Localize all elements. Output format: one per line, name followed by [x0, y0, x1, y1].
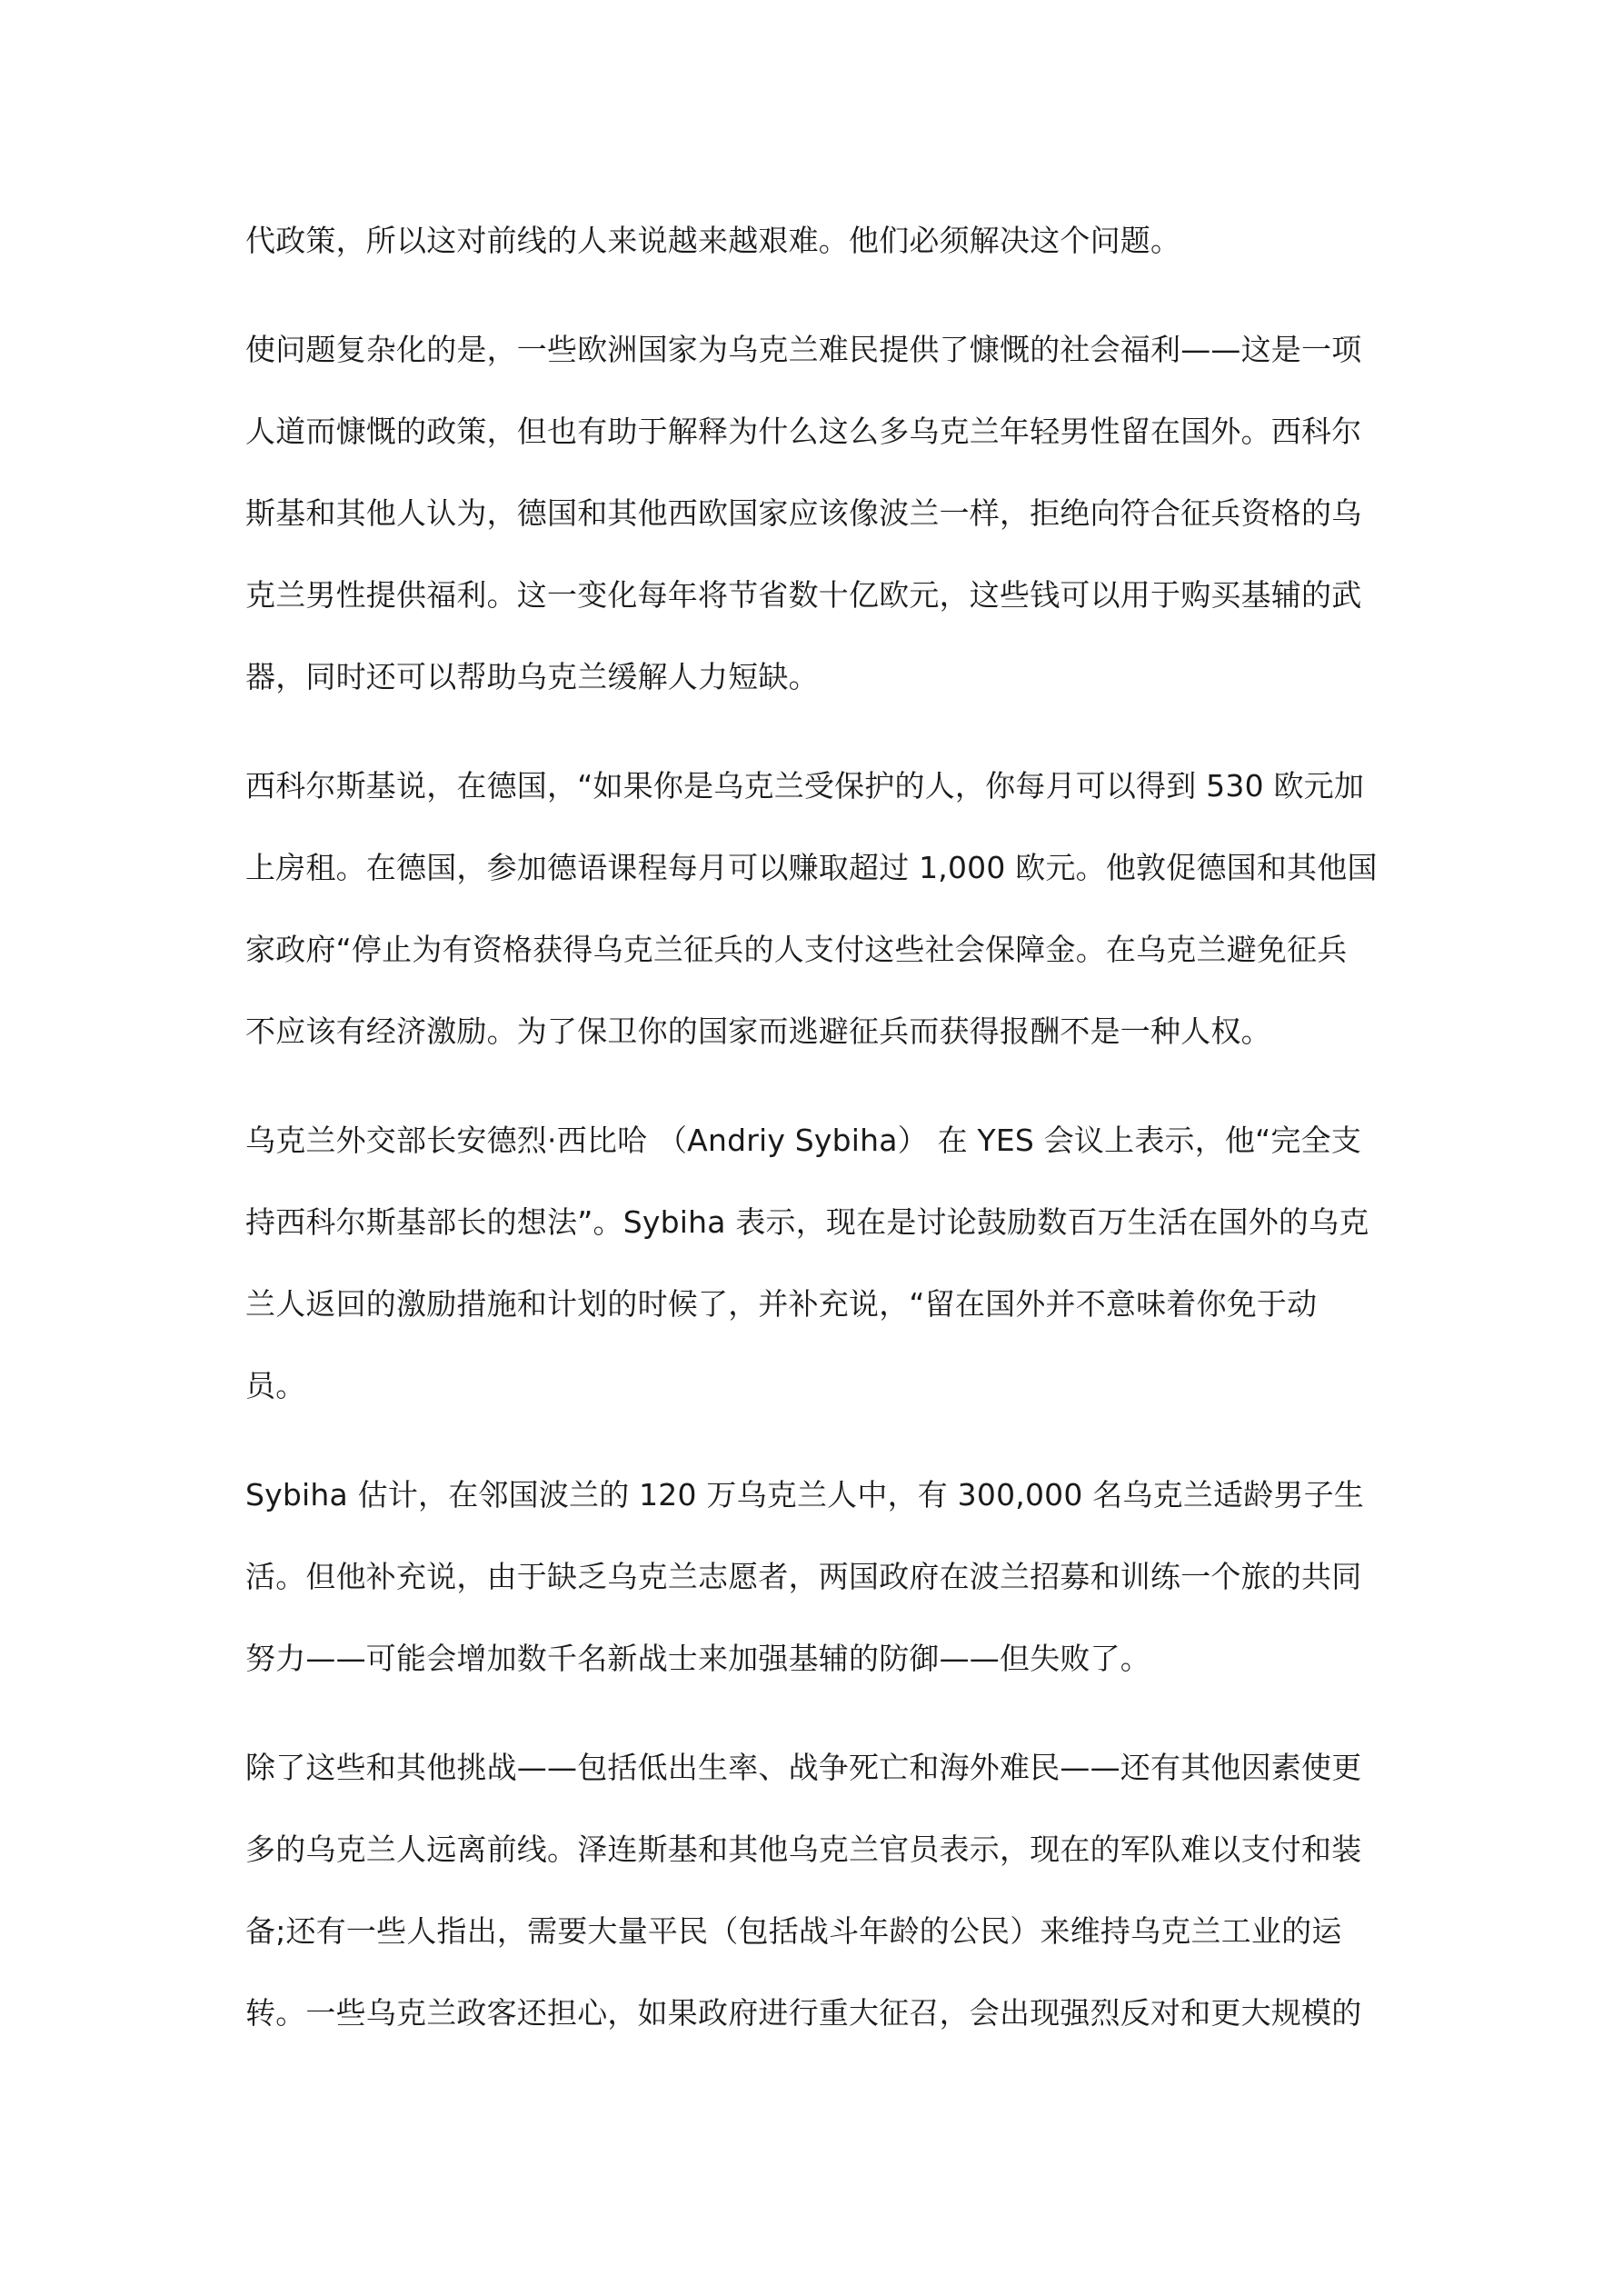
paragraph-1: 代政策，所以这对前线的人来说越来越艰难。他们必须解决这个问题。 [245, 215, 1427, 296]
text-line: 斯基和其他人认为，德国和其他西欧国家应该像波兰一样，拒绝向符合征兵资格的乌 [245, 487, 1427, 569]
text-line: 兰人返回的激励措施和计划的时候了，并补充说，“留在国外并不意味着你免于动 [245, 1278, 1427, 1360]
text-line: 转。一些乌克兰政客还担心，如果政府进行重大征召，会出现强烈反对和更大规模的 [245, 1987, 1427, 2069]
paragraph-3: 西科尔斯基说，在德国，“如果你是乌克兰受保护的人，你每月可以得到 530 欧元加… [245, 760, 1427, 1087]
paragraph-5: Sybiha 估计，在邻国波兰的 120 万乌克兰人中，有 300,000 名乌… [245, 1469, 1427, 1714]
text-line: 上房租。在德国，参加德语课程每月可以赚取超过 1,000 欧元。他敦促德国和其他… [245, 842, 1427, 923]
text-line: 人道而慷慨的政策，但也有助于解释为什么这么多乌克兰年轻男性留在国外。西科尔 [245, 405, 1427, 487]
paragraph-4: 乌克兰外交部长安德烈·西比哈 （Andriy Sybiha） 在 YES 会议上… [245, 1114, 1427, 1442]
text-line: 使问题复杂化的是，一些欧洲国家为乌克兰难民提供了慷慨的社会福利——这是一项 [245, 324, 1427, 405]
text-line: 不应该有经济激励。为了保卫你的国家而逃避征兵而获得报酬不是一种人权。 [245, 1005, 1427, 1087]
text-line: 器，同时还可以帮助乌克兰缓解人力短缺。 [245, 651, 1427, 733]
text-line: 努力——可能会增加数千名新战士来加强基辅的防御——但失败了。 [245, 1632, 1427, 1714]
text-line: 员。 [245, 1360, 1427, 1442]
text-line: 乌克兰外交部长安德烈·西比哈 （Andriy Sybiha） 在 YES 会议上… [245, 1114, 1427, 1196]
text-line: Sybiha 估计，在邻国波兰的 120 万乌克兰人中，有 300,000 名乌… [245, 1469, 1427, 1551]
text-line: 除了这些和其他挑战——包括低出生率、战争死亡和海外难民——还有其他因素使更 [245, 1742, 1427, 1823]
text-line: 家政府“停止为有资格获得乌克兰征兵的人支付这些社会保障金。在乌克兰避免征兵 [245, 923, 1427, 1005]
text-line: 多的乌克兰人远离前线。泽连斯基和其他乌克兰官员表示，现在的军队难以支付和装 [245, 1823, 1427, 1905]
paragraph-6: 除了这些和其他挑战——包括低出生率、战争死亡和海外难民——还有其他因素使更 多的… [245, 1742, 1427, 2069]
text-line: 备;还有一些人指出，需要大量平民（包括战斗年龄的公民）来维持乌克兰工业的运 [245, 1905, 1427, 1987]
text-line: 克兰男性提供福利。这一变化每年将节省数十亿欧元，这些钱可以用于购买基辅的武 [245, 569, 1427, 651]
text-line: 活。但他补充说，由于缺乏乌克兰志愿者，两国政府在波兰招募和训练一个旅的共同 [245, 1551, 1427, 1632]
document-page: 代政策，所以这对前线的人来说越来越艰难。他们必须解决这个问题。 使问题复杂化的是… [245, 215, 1427, 2096]
paragraph-2: 使问题复杂化的是，一些欧洲国家为乌克兰难民提供了慷慨的社会福利——这是一项 人道… [245, 324, 1427, 733]
text-line: 代政策，所以这对前线的人来说越来越艰难。他们必须解决这个问题。 [245, 215, 1427, 296]
text-line: 西科尔斯基说，在德国，“如果你是乌克兰受保护的人，你每月可以得到 530 欧元加 [245, 760, 1427, 842]
text-line: 持西科尔斯基部长的想法”。Sybiha 表示，现在是讨论鼓励数百万生活在国外的乌… [245, 1196, 1427, 1278]
